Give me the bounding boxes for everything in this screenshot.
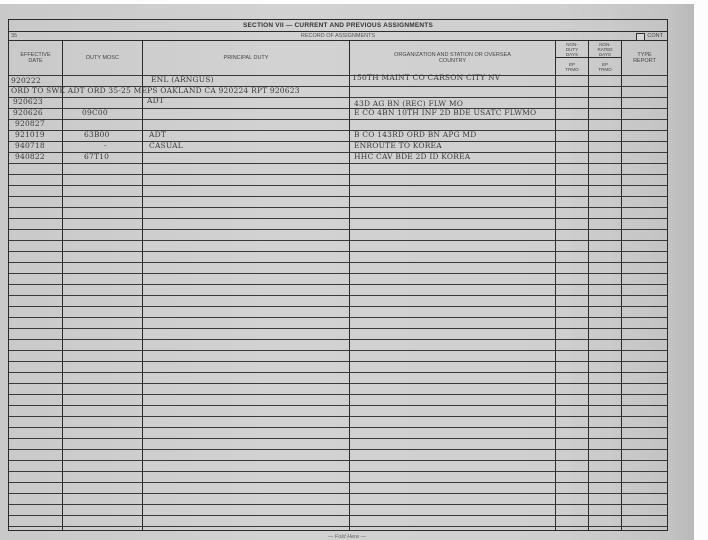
header-label: ORGANIZATION AND STATION OR OVERSEA COUN… (393, 52, 513, 64)
header-label: NON-RATED DAYS (595, 42, 615, 57)
header-label: EP TRMO (563, 62, 581, 72)
row-divider (9, 262, 667, 263)
row-divider (9, 372, 667, 373)
row-divider (9, 141, 667, 142)
row-divider (9, 383, 667, 384)
entry-duty: CASUAL (149, 141, 183, 151)
entry-org: ENROUTE TO KOREA (354, 141, 442, 151)
row-divider (9, 504, 667, 505)
header-label: NON-DUTY DAYS (563, 42, 581, 57)
entry-date: 920623 (13, 97, 43, 107)
entry-mosc: 67T10 (84, 152, 109, 162)
entry-date: 921019 (15, 130, 45, 140)
row-divider (9, 339, 667, 340)
entry-mosc: 63B00 (84, 130, 110, 140)
non-rated-days-label: NON-RATED DAYS (589, 41, 621, 58)
row-divider (9, 163, 667, 164)
header-principal-duty: PRINCIPAL DUTY (143, 41, 350, 75)
entry-date: 920222 (11, 76, 41, 86)
assignments-table: 920222 ENL (ARNGUS) 150TH MAINT CO CARSO… (9, 75, 667, 531)
row-divider (9, 229, 667, 230)
row-divider (9, 526, 667, 527)
fold-here-label: — Fold Here — (0, 534, 694, 540)
row-divider (9, 86, 667, 87)
row-divider (9, 130, 667, 131)
entry-date: 940718 (15, 141, 45, 151)
row-divider (9, 218, 667, 219)
row-divider (9, 438, 667, 439)
non-duty-ep-trmo: EP TRMO (556, 58, 588, 75)
row-divider (9, 317, 667, 318)
entry-date: 940822 (15, 152, 45, 162)
col-divider (349, 75, 350, 531)
entry-date: 920626 (13, 108, 43, 118)
header-label: EP TRMO (596, 62, 614, 72)
row-divider (9, 240, 667, 241)
header-type-report: TYPE REPORT (622, 41, 667, 75)
cont-field[interactable]: CONT (636, 32, 663, 41)
header-org-station: ORGANIZATION AND STATION OR OVERSEA COUN… (350, 41, 556, 75)
assignments-form: SECTION VII — CURRENT AND PREVIOUS ASSIG… (8, 19, 668, 531)
cont-label: CONT (647, 32, 663, 41)
row-divider (9, 185, 667, 186)
row-divider (9, 416, 667, 417)
section-title: SECTION VII — CURRENT AND PREVIOUS ASSIG… (9, 20, 667, 32)
row-divider (9, 471, 667, 472)
row-divider (9, 119, 667, 120)
row-divider (9, 152, 667, 153)
row-divider (9, 394, 667, 395)
col-divider (621, 75, 622, 531)
row-divider (9, 306, 667, 307)
row-divider (9, 361, 667, 362)
row-divider (9, 493, 667, 494)
form-page: SECTION VII — CURRENT AND PREVIOUS ASSIG… (0, 4, 694, 540)
entry-duty: ENL (ARNGUS) (151, 75, 214, 85)
entry-org: B CO 143RD ORD BN APG MD (354, 130, 477, 140)
entry-org: E CO 4BN 10TH INF 2D BDE USATC FLWMO (354, 108, 536, 118)
col-divider (142, 75, 143, 531)
row-divider (9, 295, 667, 296)
non-rated-ep-trmo: EP TRMO (589, 58, 621, 75)
record-title: RECORD OF ASSIGNMENTS (9, 32, 667, 41)
row-divider (9, 97, 667, 98)
row-divider (9, 482, 667, 483)
entry-org: 150TH MAINT CO CARSON CITY NV (352, 73, 500, 83)
entry-org: HHC CAV BDE 2D ID KOREA (354, 152, 470, 162)
header-label: PRINCIPAL DUTY (224, 55, 269, 61)
row-divider (9, 174, 667, 175)
entry-duty: ADT (149, 130, 166, 140)
row-divider (9, 515, 667, 516)
row-divider (9, 427, 667, 428)
row-divider (9, 328, 667, 329)
non-duty-days-label: NON-DUTY DAYS (556, 41, 588, 58)
row-divider (9, 460, 667, 461)
col-divider (588, 75, 589, 531)
col-divider (555, 75, 556, 531)
entry-mosc: 09C00 (82, 108, 108, 118)
row-divider (9, 449, 667, 450)
header-non-duty-days: NON-DUTY DAYS EP TRMO (556, 41, 589, 75)
col-divider (62, 75, 63, 531)
header-duty-mosc: DUTY MOSC (63, 41, 143, 75)
row-divider (9, 405, 667, 406)
row-divider (9, 207, 667, 208)
row-divider (9, 350, 667, 351)
record-row: 35 RECORD OF ASSIGNMENTS CONT (9, 32, 667, 41)
entry-date: 920827 (15, 119, 45, 129)
entry-mosc: - (104, 141, 107, 151)
row-divider (9, 284, 667, 285)
cont-checkbox[interactable] (636, 33, 645, 41)
entry-order-line: ORD TO SWK ADT ORD 35-25 MEPS OAKLAND CA… (11, 86, 300, 96)
header-divider (9, 75, 667, 76)
row-divider (9, 273, 667, 274)
header-effective-date: EFFECTIVE DATE (9, 41, 63, 75)
header-label: TYPE REPORT (632, 52, 658, 64)
row-divider (9, 196, 667, 197)
header-label: DUTY MOSC (86, 55, 119, 61)
header-non-rated-days: NON-RATED DAYS EP TRMO (589, 41, 622, 75)
row-divider (9, 251, 667, 252)
header-label: EFFECTIVE DATE (19, 52, 53, 64)
row-divider (9, 108, 667, 109)
